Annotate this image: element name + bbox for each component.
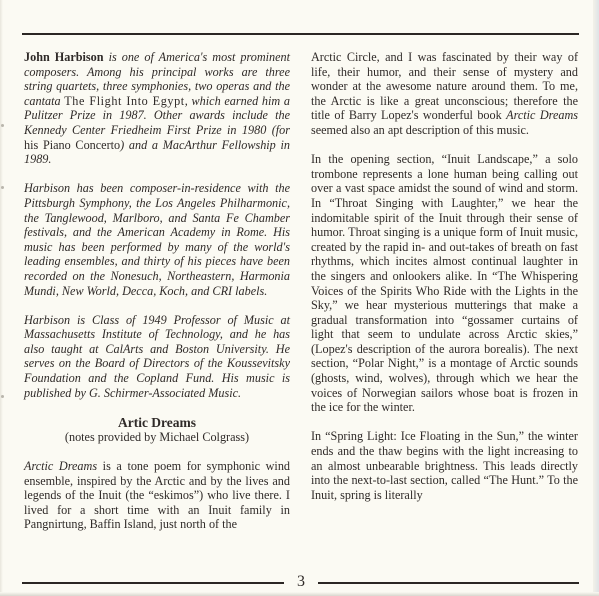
bio-text-roman: his Piano Concerto xyxy=(24,138,120,152)
left-column: John Harbison is one of America's most p… xyxy=(24,50,290,547)
page-edge-left xyxy=(0,0,3,596)
right-column: Arctic Circle, and I was fascinated by t… xyxy=(311,50,578,517)
notes-paragraph-1: Arctic Dreams is a tone poem for symphon… xyxy=(24,459,290,532)
footer-rule-right xyxy=(318,582,579,584)
bio-paragraph-2: Harbison has been composer-in-residence … xyxy=(24,181,290,298)
bio-paragraph-3: Harbison is Class of 1949 Professor of M… xyxy=(24,313,290,401)
margin-mark xyxy=(1,124,4,127)
notes-text: seemed also an apt description of this m… xyxy=(311,123,529,137)
bio-paragraph-1: John Harbison is one of America's most p… xyxy=(24,50,290,167)
margin-mark xyxy=(1,186,4,189)
composer-name: John Harbison xyxy=(24,50,104,64)
notes-paragraph-1-continued: Arctic Circle, and I was fascinated by t… xyxy=(311,50,578,138)
top-rule xyxy=(22,33,579,35)
section-title: Artic Dreams xyxy=(24,415,290,430)
notes-paragraph-3: In “Spring Light: Ice Floating in the Su… xyxy=(311,429,578,502)
page-footer: 3 xyxy=(22,572,579,592)
work-title: Arctic Dreams xyxy=(24,459,97,473)
notes-paragraph-2: In the opening section, “Inuit Landscape… xyxy=(311,152,578,415)
page-bottom-shadow xyxy=(0,592,599,596)
section-subtitle: (notes provided by Michael Colgrass) xyxy=(24,430,290,445)
work-title: The Flight Into Egypt xyxy=(64,94,185,108)
margin-mark xyxy=(1,395,4,398)
book-title: Arctic Dreams xyxy=(506,108,578,122)
footer-rule-left xyxy=(22,582,284,584)
page-number: 3 xyxy=(292,572,310,592)
page-edge-right xyxy=(593,0,599,596)
